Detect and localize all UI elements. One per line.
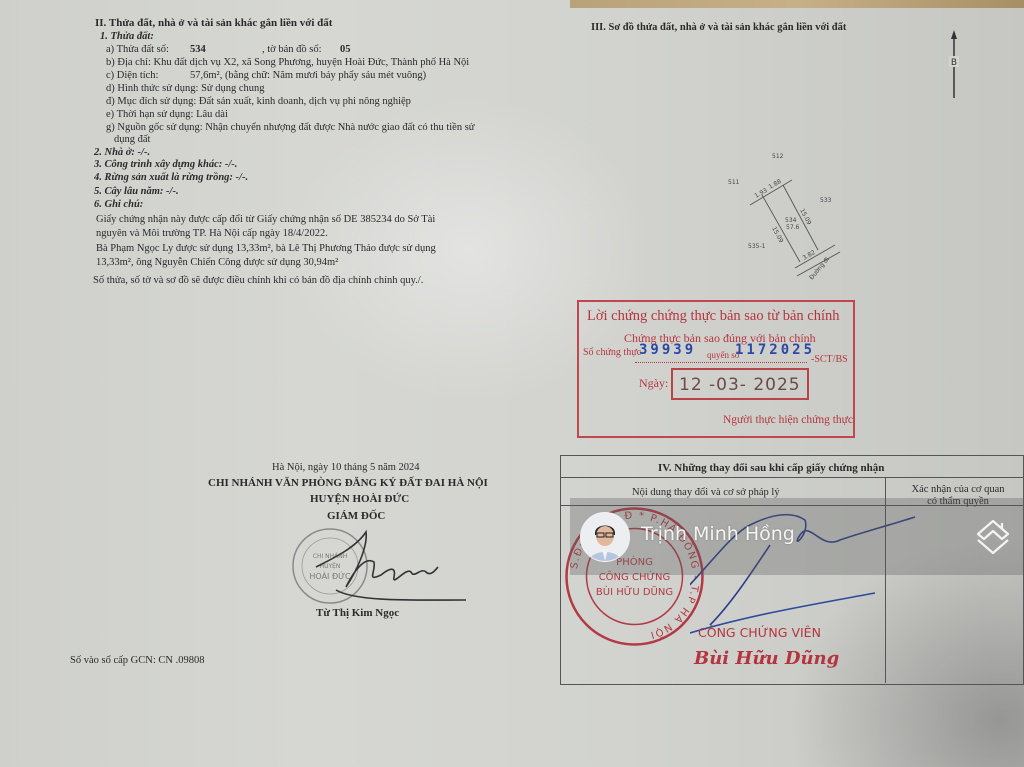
section-4-heading: IV. Những thay đổi sau khi cấp giấy chứn… — [658, 462, 884, 474]
origin-line-1: g) Nguồn gốc sử dụng: Nhận chuyển nhượng… — [106, 122, 475, 134]
origin-line-2: dụng đất — [114, 134, 150, 146]
parcel-no: 534 — [190, 44, 206, 56]
person-icon — [581, 513, 629, 561]
use-form: d) Hình thức sử dụng: Sử dụng chung — [106, 83, 265, 95]
parcel-no-label: a) Thửa đất số: — [106, 44, 169, 56]
house: 2. Nhà ở: -/-. — [94, 147, 150, 159]
svg-text:15.09: 15.09 — [770, 226, 784, 245]
note-line: Giấy chứng nhận này được cấp đổi từ Giấy… — [96, 214, 435, 226]
svg-text:512: 512 — [772, 153, 784, 160]
date-box: 12 -03- 2025 — [671, 368, 809, 400]
book-no: 1172025 — [735, 342, 815, 358]
position: GIÁM ĐỐC — [327, 510, 385, 522]
parcel-diagram: 512 511 533 535-1 534 57.6 1.93 1.88 15.… — [700, 140, 860, 290]
use-purpose: đ) Mục đích sử dụng: Đất sản xuất, kinh … — [106, 96, 411, 108]
svg-text:B: B — [951, 58, 957, 68]
north-arrow-icon: B — [944, 30, 964, 100]
col-confirmation-header-1: Xác nhận của cơ quan — [898, 484, 1018, 496]
svg-text:535-1: 535-1 — [748, 243, 766, 250]
use-term: e) Thời hạn sử dụng: Lâu dài — [106, 109, 228, 121]
note-line: nguyên và Môi trường TP. Hà Nội cấp ngày… — [96, 228, 328, 240]
svg-text:Đường đi: Đường đi — [808, 256, 831, 282]
note-line: 13,33m², ông Nguyễn Chiến Công được sử d… — [96, 257, 338, 269]
svg-text:57.6: 57.6 — [786, 224, 800, 231]
notes-heading: 6. Ghi chú: — [94, 199, 143, 211]
user-avatar[interactable] — [580, 512, 630, 562]
layers-logo-icon — [974, 518, 1012, 558]
notary-title: CÔNG CHỨNG VIÊN — [698, 625, 821, 640]
address: b) Địa chỉ: Khu đất dịch vụ X2, xã Song … — [106, 57, 469, 69]
area-value: 57,6m², (bằng chữ: Năm mươi bảy phẩy sáu… — [190, 70, 426, 82]
svg-text:533: 533 — [820, 197, 832, 204]
other-construction: 3. Công trình xây dựng khác: -/-. — [94, 159, 237, 171]
perennial: 5. Cây lâu năm: -/-. — [94, 186, 179, 198]
cert-signer-label: Người thực hiện chứng thực — [723, 414, 853, 426]
svg-text:1.93: 1.93 — [754, 187, 769, 200]
director-signature — [296, 527, 476, 607]
section-3-heading: III. Sơ đồ thửa đất, nhà ở và tài sản kh… — [591, 22, 846, 34]
watermark-bar — [570, 498, 1024, 575]
cert-suffix: -SCT/BS — [811, 354, 848, 365]
parcel-heading: 1. Thửa đất: — [100, 31, 154, 43]
notary-name: Bùi Hữu Dũng — [694, 648, 839, 669]
map-sheet-label: , tờ bản đồ số: — [262, 44, 322, 56]
org-line-2: HUYỆN HOÀI ĐỨC — [310, 493, 409, 505]
svg-text:534: 534 — [785, 217, 797, 224]
cert-no: 39939 — [639, 342, 696, 358]
svg-text:511: 511 — [728, 179, 740, 186]
user-name[interactable]: Trịnh Minh Hồng — [641, 523, 795, 545]
forest: 4. Rừng sản xuất là rừng trồng: -/-. — [94, 172, 248, 184]
director-name: Từ Thị Kim Ngọc — [316, 607, 399, 619]
cert-title: Lời chứng chứng thực bản sao từ bản chín… — [587, 308, 840, 325]
section-2-heading: II. Thửa đất, nhà ở và tài sản khác gắn … — [95, 17, 332, 29]
register-number: Số vào sổ cấp GCN: CN .09808 — [70, 655, 204, 667]
svg-text:1.88: 1.88 — [768, 178, 783, 191]
place-date: Hà Nội, ngày 10 tháng 5 năm 2024 — [272, 462, 420, 474]
date-label: Ngày: — [639, 376, 668, 391]
org-line-1: CHI NHÁNH VĂN PHÒNG ĐĂNG KÝ ĐẤT ĐAI HÀ N… — [208, 477, 488, 489]
cert-date: 12 -03- 2025 — [679, 375, 801, 395]
svg-text:BÙI HỮU DŨNG: BÙI HỮU DŨNG — [596, 585, 673, 598]
table-surface-edge — [570, 0, 1024, 8]
note-line: Số thửa, số tờ và sơ đồ sẽ được điều chỉ… — [93, 275, 423, 287]
area-label: c) Diện tích: — [106, 70, 158, 82]
map-sheet-no: 05 — [340, 44, 351, 56]
cert-no-label: Số chứng thực — [583, 347, 641, 358]
certification-stamp: Lời chứng chứng thực bản sao từ bản chín… — [577, 300, 855, 438]
note-line: Bà Phạm Ngọc Ly được sử dụng 13,33m², bà… — [96, 243, 436, 255]
